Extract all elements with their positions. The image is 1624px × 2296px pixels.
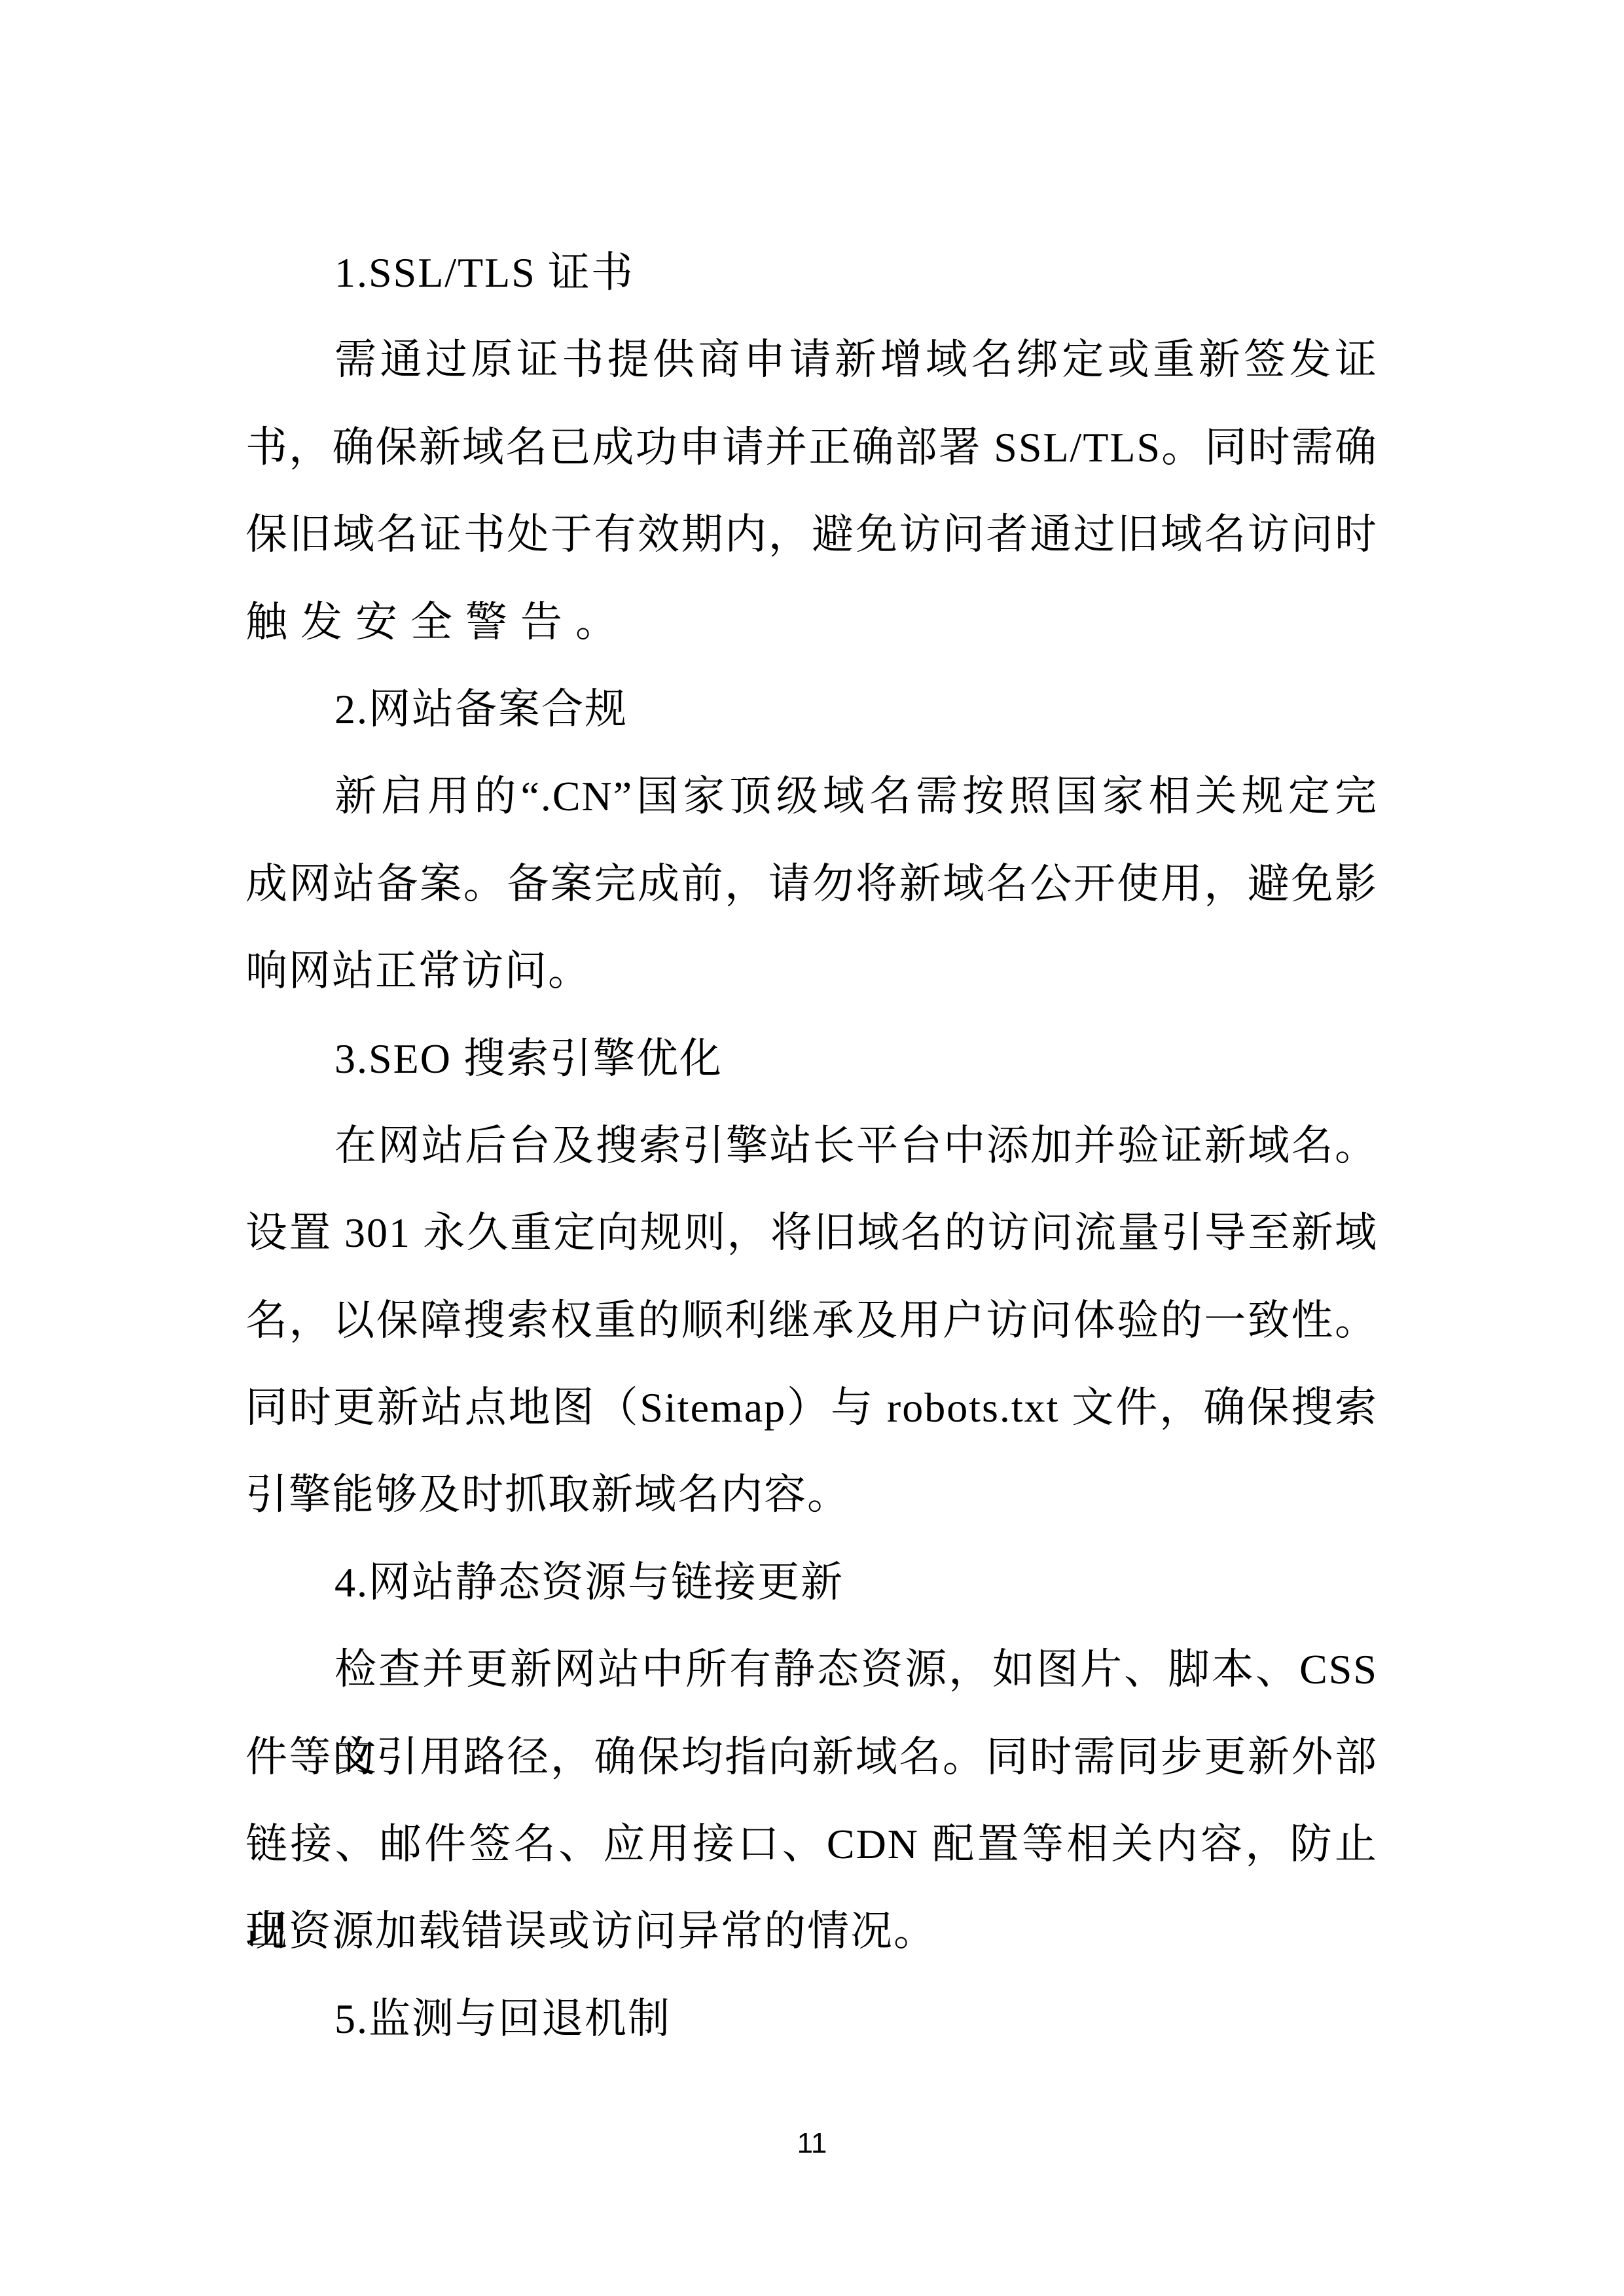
text-line: 4.网站静态资源与链接更新 xyxy=(245,1539,1378,1626)
text-line: 现资源加载错误或访问异常的情况。 xyxy=(245,1888,1378,1975)
text-line: 新启用的“.CN”国家顶级域名需按照国家相关规定完 xyxy=(245,753,1378,840)
text-line: 链接、邮件签名、应用接口、CDN 配置等相关内容，防止出 xyxy=(245,1801,1378,1888)
text-line: 同时更新站点地图（Sitemap）与 robots.txt 文件，确保搜索 xyxy=(245,1364,1378,1451)
document-page: 1.SSL/TLS 证书需通过原证书提供商申请新增域名绑定或重新签发证书，确保新… xyxy=(0,0,1624,2296)
text-line: 2.网站备案合规 xyxy=(245,666,1378,753)
text-line: 在网站后台及搜索引擎站长平台中添加并验证新域名。 xyxy=(245,1102,1378,1189)
text-line: 引擎能够及时抓取新域名内容。 xyxy=(245,1451,1378,1538)
text-line: 成网站备案。备案完成前，请勿将新域名公开使用，避免影 xyxy=(245,840,1378,927)
text-line: 响网站正常访问。 xyxy=(245,927,1378,1014)
text-line: 触发安全警告。 xyxy=(245,579,1378,666)
text-line: 名，以保障搜索权重的顺利继承及用户访问体验的一致性。 xyxy=(245,1277,1378,1364)
text-line: 5.监测与回退机制 xyxy=(245,1975,1378,2062)
page-number: 11 xyxy=(0,2124,1624,2163)
text-line: 设置 301 永久重定向规则，将旧域名的访问流量引导至新域 xyxy=(245,1189,1378,1276)
text-line: 1.SSL/TLS 证书 xyxy=(245,229,1378,316)
text-line: 保旧域名证书处于有效期内，避免访问者通过旧域名访问时 xyxy=(245,491,1378,578)
text-line: 书，确保新域名已成功申请并正确部署 SSL/TLS。同时需确 xyxy=(245,404,1378,491)
text-line: 需通过原证书提供商申请新增域名绑定或重新签发证 xyxy=(245,316,1378,403)
text-line: 3.SEO 搜索引擎优化 xyxy=(245,1015,1378,1102)
document-body: 1.SSL/TLS 证书需通过原证书提供商申请新增域名绑定或重新签发证书，确保新… xyxy=(245,229,1378,2062)
text-line: 检查并更新网站中所有静态资源，如图片、脚本、CSS 文 xyxy=(245,1626,1378,1713)
text-line: 件等的引用路径，确保均指向新域名。同时需同步更新外部 xyxy=(245,1713,1378,1801)
